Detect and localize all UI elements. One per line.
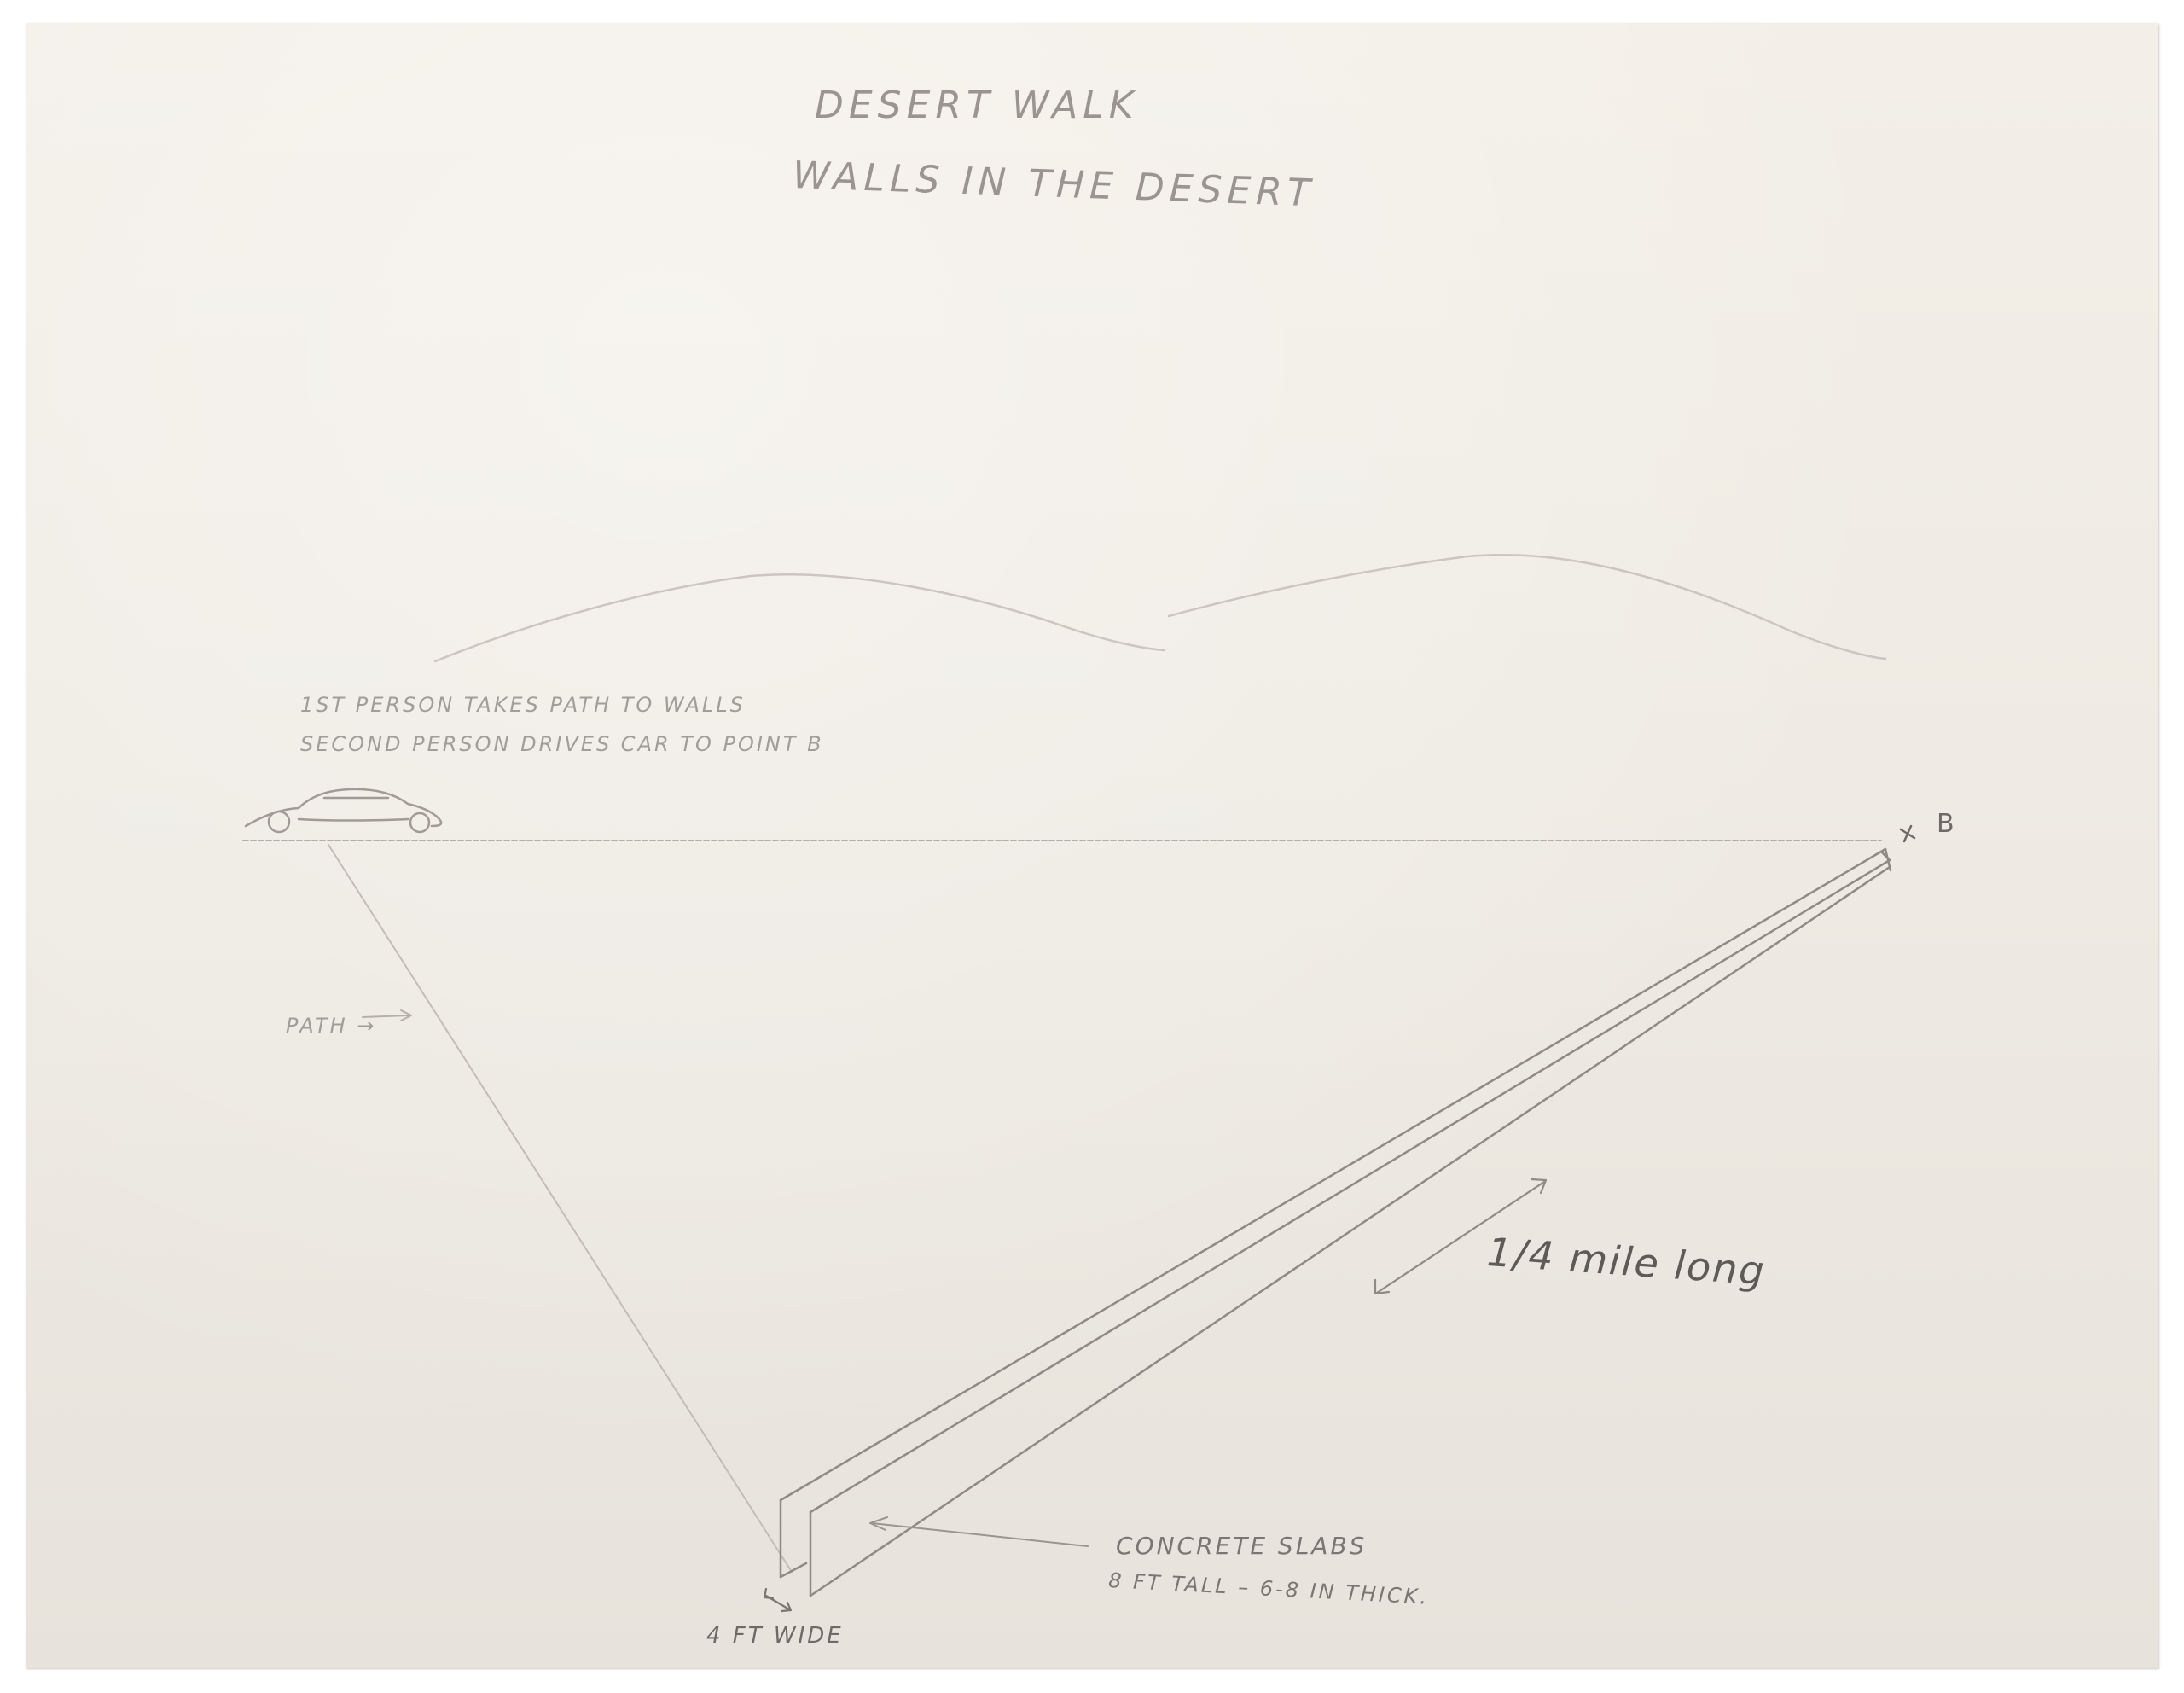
concrete-walls — [781, 849, 1891, 1596]
width-label: 4 FT WIDE — [706, 1623, 844, 1649]
path-label-text: PATH → — [286, 1014, 376, 1038]
hill-outline-right — [1169, 555, 1885, 659]
point-b-marker-icon — [1901, 826, 1914, 841]
instruction-line-1: 1ST PERSON TAKES PATH TO WALLS — [300, 693, 746, 717]
hill-outline-left — [435, 574, 1165, 661]
material-label: CONCRETE SLABS — [1116, 1532, 1367, 1560]
pencil-sketch — [0, 0, 2184, 1693]
width-arrow-icon — [764, 1589, 791, 1611]
point-b-label: B — [1937, 809, 1957, 839]
path-label: PATH → — [286, 1014, 376, 1038]
title-desert-walk: DESERT WALK — [815, 84, 1139, 127]
slab-arrow-icon — [870, 1517, 1088, 1546]
car-icon — [246, 789, 441, 832]
instruction-line-2: SECOND PERSON DRIVES CAR TO POINT B — [300, 732, 824, 756]
path-line — [328, 845, 792, 1572]
